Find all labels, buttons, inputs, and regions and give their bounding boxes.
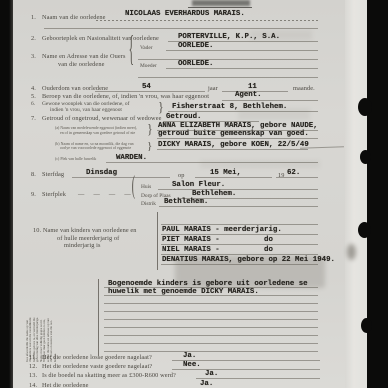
field-2-label: Geboorteplek en Nasionaliteit van oorled… [42,35,159,42]
death-year-value: 62. [287,169,300,177]
field-3-number: 3. [31,53,36,60]
brace-parents: { [129,31,134,73]
field-8-number: 8. [31,171,36,178]
fixed-goods-answer: Nee. [183,361,201,369]
field-7-label: Getroud of ongetroud, wewenaar of wedowe… [42,115,162,122]
residence-value: Fisherstraat 8, Bethlehem. [172,103,287,111]
rule-line [276,177,318,178]
rule-line [172,369,320,370]
op-label: op [178,172,185,179]
scan-edge-left [0,0,13,388]
age-months-value: 11 [248,83,257,91]
distrik-label: Distrik [141,201,156,207]
cutoff-header-smudge [192,0,250,6]
rule-line [195,177,272,178]
brace-predeceased: } [147,140,152,152]
field-6-number: 6. [31,101,35,107]
rule-line [104,335,318,336]
field-3-label-line2: van die oorledene [58,61,104,68]
father-value: OORLEDE. [178,42,213,50]
rule-line [166,50,318,51]
margin-note-line: ledene. [54,270,57,362]
rule-line [166,68,318,69]
rule-line [104,343,318,344]
rule-line [44,28,318,29]
rule-line [72,177,170,178]
rule-line [161,224,318,225]
maande-label: maande. [293,85,315,92]
field-9-dashes: — — — — [78,191,133,198]
field-7a-label-line2: en of in gemeenskap van goedere getroud … [60,131,135,135]
scan-edge-blob [358,222,371,238]
rule-line [138,59,318,60]
rule-line [104,311,318,312]
huis-label: Huis [141,184,151,190]
predeceased-spouse-value: DICKY MARAIS, gebore KOEN, 22/5/49 [158,141,309,149]
death-date-value: 15 Mei, [210,169,241,177]
rule-line [161,244,318,245]
scan-edge-blob [360,150,371,164]
field-9-number: 9. [31,191,36,198]
estate-value-answer: Ja. [205,370,218,378]
marriage-place-value: WARDEN. [116,154,147,162]
mother-label: Moeder [140,63,157,69]
field-14-number: 14. [29,382,37,388]
marital-status-value: Getroud. [166,113,201,121]
child-row: PAUL MARAIS - meerderjarig. [162,226,282,234]
rule-line [161,254,318,255]
rule-line [161,234,318,235]
rule-line [104,295,318,296]
field-12-number: 12. [29,363,37,370]
field-5-label: Beroep van die oorledene, of, indien 'n … [42,93,209,100]
field-7-number: 7. [31,115,36,122]
document-scan: 1. Naam van die oorledene NICOLAAS EVERH… [0,0,388,388]
scan-edge-blob [361,318,372,333]
field-9-label: Sterfplek [42,191,66,198]
child-row: NIEL MARAIS - do [162,246,273,254]
rule-line [157,130,318,131]
deceased-name-value: NICOLAAS EVERHARDUS MARAIS. [125,10,245,18]
rule-line [159,206,318,207]
field-8-label: Sterfdag [42,171,64,178]
father-label: Vader [140,45,153,51]
death-day-value: Dinsdag [86,169,117,177]
ink-spot [347,244,356,260]
brace-spouse: } [147,121,153,138]
note-block-brace [98,279,99,356]
rule-line [222,100,318,101]
field-14-label: Het die oorledene [42,382,88,388]
field-10-label-line2: of hulle meerderjarig of [57,235,119,242]
field-7a-label-line1: (a) Naam van medelewende eggenoot (indie… [55,126,137,130]
birthplace-value: PORTERVILLE, K.P., S.A. [178,33,280,41]
spouse-value-line1: ANNA ELIZABETH MARAIS, gebore NAUDE, [158,122,318,130]
child-row: DENATIUS MARAIS, gebore op 22 Mei 1949. [162,256,335,264]
field-13-label: Is die boedel na skatting meer as £300-R… [42,372,176,379]
spouse-value-line2: getroud buite gemeenskap van goed. [158,130,309,138]
rule-line [104,319,318,320]
scan-edge-blob [358,98,372,116]
field-7b-label-line2: oorlye van vooroorlede eggenoot of eggen… [60,146,131,150]
field-11-number: 11. [29,354,37,361]
rule-line [168,111,318,112]
field-10-label-line3: minderjarig is [64,242,101,249]
age-years-value: 54 [142,83,151,91]
movable-goods-answer: Ja. [183,352,196,360]
field-14-answer: Ja. [200,380,213,388]
rule-line [96,20,318,21]
jaar-label: jaar [208,85,218,92]
rule-line [196,378,320,379]
field-11-label: Het die oorledene losse goedere nagelaat… [42,354,152,361]
rule-line [138,77,318,78]
rule-line [161,264,318,265]
rule-line [106,162,318,163]
field-2-number: 2. [31,35,36,42]
child-row: PIET MARAIS - do [162,236,273,244]
field-13-number: 13. [29,372,37,379]
rule-line [158,189,318,190]
field-5-number: 5. [31,93,36,100]
rule-line [104,351,318,352]
mother-value: OORLEDE. [178,60,213,68]
brace-residence: } [158,99,164,116]
cutoff-header-underline [188,7,252,8]
field-4-number: 4. [31,85,36,92]
occupation-value: Agent. [235,91,262,99]
field-12-label: Het die oorledene vaste goedere nagelaat… [42,363,152,370]
rule-line [104,327,318,328]
rule-line [157,149,308,150]
rule-line [104,287,318,288]
rule-line [95,91,205,92]
field-1-number: 1. [31,14,36,21]
field-10-label-line1: 10. Name van kinders van oorledene en [33,227,137,234]
dorp-value: Bethlehem. [192,190,236,198]
field-3-label-line1: Name en Adresse van die Ouers [42,53,126,60]
margin-instruction-note: Gee afsonderlik die name op van die kind… [26,270,54,362]
brace-deathplace: ( [132,173,135,203]
field-6-label-line2: indien 'n vrou, van haar eggenoot [50,107,122,113]
rule-line [157,138,318,139]
field-7c-label: (c) Plek van hulle huwelik [55,157,96,161]
children-column-divider [157,212,158,270]
distrik-value: Bethlehem. [164,198,208,206]
rule-line [104,303,318,304]
huis-value: Salon Fleur. [172,181,225,189]
